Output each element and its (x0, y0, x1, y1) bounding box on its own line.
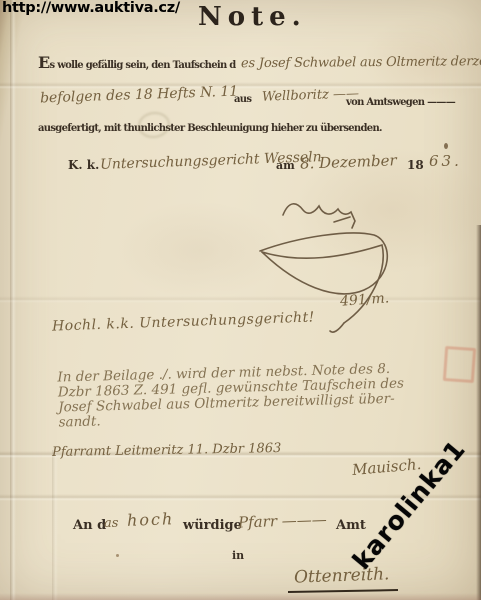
address-wuerdige-printed: würdige (183, 518, 242, 533)
signature-handwritten: Mauisch. (351, 455, 422, 479)
form-line-2-place-handwritten: Wellboritz —— (262, 86, 360, 104)
form-line-2-aus: aus (234, 94, 251, 105)
page-bottom-edge (0, 593, 481, 600)
bottom-left-fold-shade (52, 450, 58, 600)
faint-red-stamp (443, 346, 476, 383)
address-in-printed: in (232, 549, 244, 562)
address-amt-printed: Amt (336, 518, 366, 533)
address-an-printed: An d (73, 518, 106, 533)
body-handwritten: In der Beilage ./. wird der mit nebst. N… (57, 361, 405, 430)
page-title: Note. (198, 2, 307, 32)
watermark-url: http://www.auktiva.cz/ (2, 0, 180, 16)
reference-number-handwritten: 491/m. (340, 290, 390, 309)
address-place-handwritten: Ottenreith. (294, 564, 390, 587)
year-printed: 18 (407, 158, 424, 172)
form-line-1-printed: Es wolle gefällig sein, den Taufschein d (38, 53, 236, 72)
form-line-2-amtswegen: von Amtswegen ——— (346, 97, 455, 108)
am-printed: am (276, 159, 295, 172)
faint-postmark-circle (136, 110, 171, 140)
form-line-1: Es wolle gefällig sein, den Taufschein d… (38, 53, 481, 72)
ink-speck (116, 554, 119, 557)
scanned-letter-page: http://www.auktiva.cz/ Note. Es wolle ge… (0, 0, 481, 600)
address-hoch-handwritten: hoch (127, 509, 175, 530)
issuer-printed: K. k. (68, 158, 99, 172)
ink-speck (444, 143, 448, 149)
address-an-handwritten: as (104, 516, 118, 531)
form-line-3-printed: ausgefertigt, mit thunlichster Beschleun… (38, 123, 382, 134)
year-handwritten: 63. (429, 152, 462, 170)
crease-top (0, 82, 481, 89)
form-line-1-handwritten: es Josef Schwabel aus Oltmeritz derzeit … (241, 54, 481, 71)
page-right-edge (476, 225, 481, 600)
date-handwritten: 8. Dezember (300, 151, 397, 172)
address-pfarr-handwritten: Pfarr ——— (238, 510, 327, 531)
